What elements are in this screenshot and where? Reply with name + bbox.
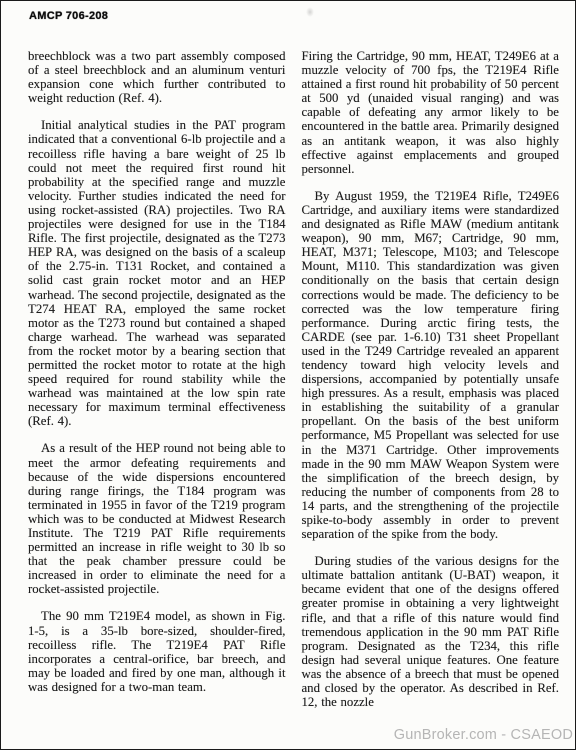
paragraph-initial-studies: Initial analytical studies in the PAT pr…: [28, 118, 286, 428]
scan-artifact: [306, 7, 314, 17]
left-column: breechblock was a two part assembly comp…: [28, 49, 286, 709]
page-header-docnumber: AMCP 706-208: [29, 10, 108, 22]
paragraph-t219e4-model: The 90 mm T219E4 model, as shown in Fig.…: [28, 609, 286, 694]
paragraph-breechblock: breechblock was a two part assembly comp…: [28, 49, 286, 105]
watermark: GunBroker.com - CSAEOD: [394, 727, 573, 743]
document-page: AMCP 706-208 breechblock was a two part …: [0, 0, 576, 750]
paragraph-standardization: By August 1959, the T219E4 Rifle, T249E6…: [302, 189, 560, 541]
paragraph-firing-cartridge: Firing the Cartridge, 90 mm, HEAT, T249E…: [302, 49, 560, 176]
paragraph-ubat-studies: During studies of the various designs fo…: [302, 554, 560, 709]
right-column: Firing the Cartridge, 90 mm, HEAT, T249E…: [302, 49, 560, 709]
text-columns: breechblock was a two part assembly comp…: [28, 49, 559, 709]
paragraph-hep-result: As a result of the HEP round not being a…: [28, 441, 286, 596]
